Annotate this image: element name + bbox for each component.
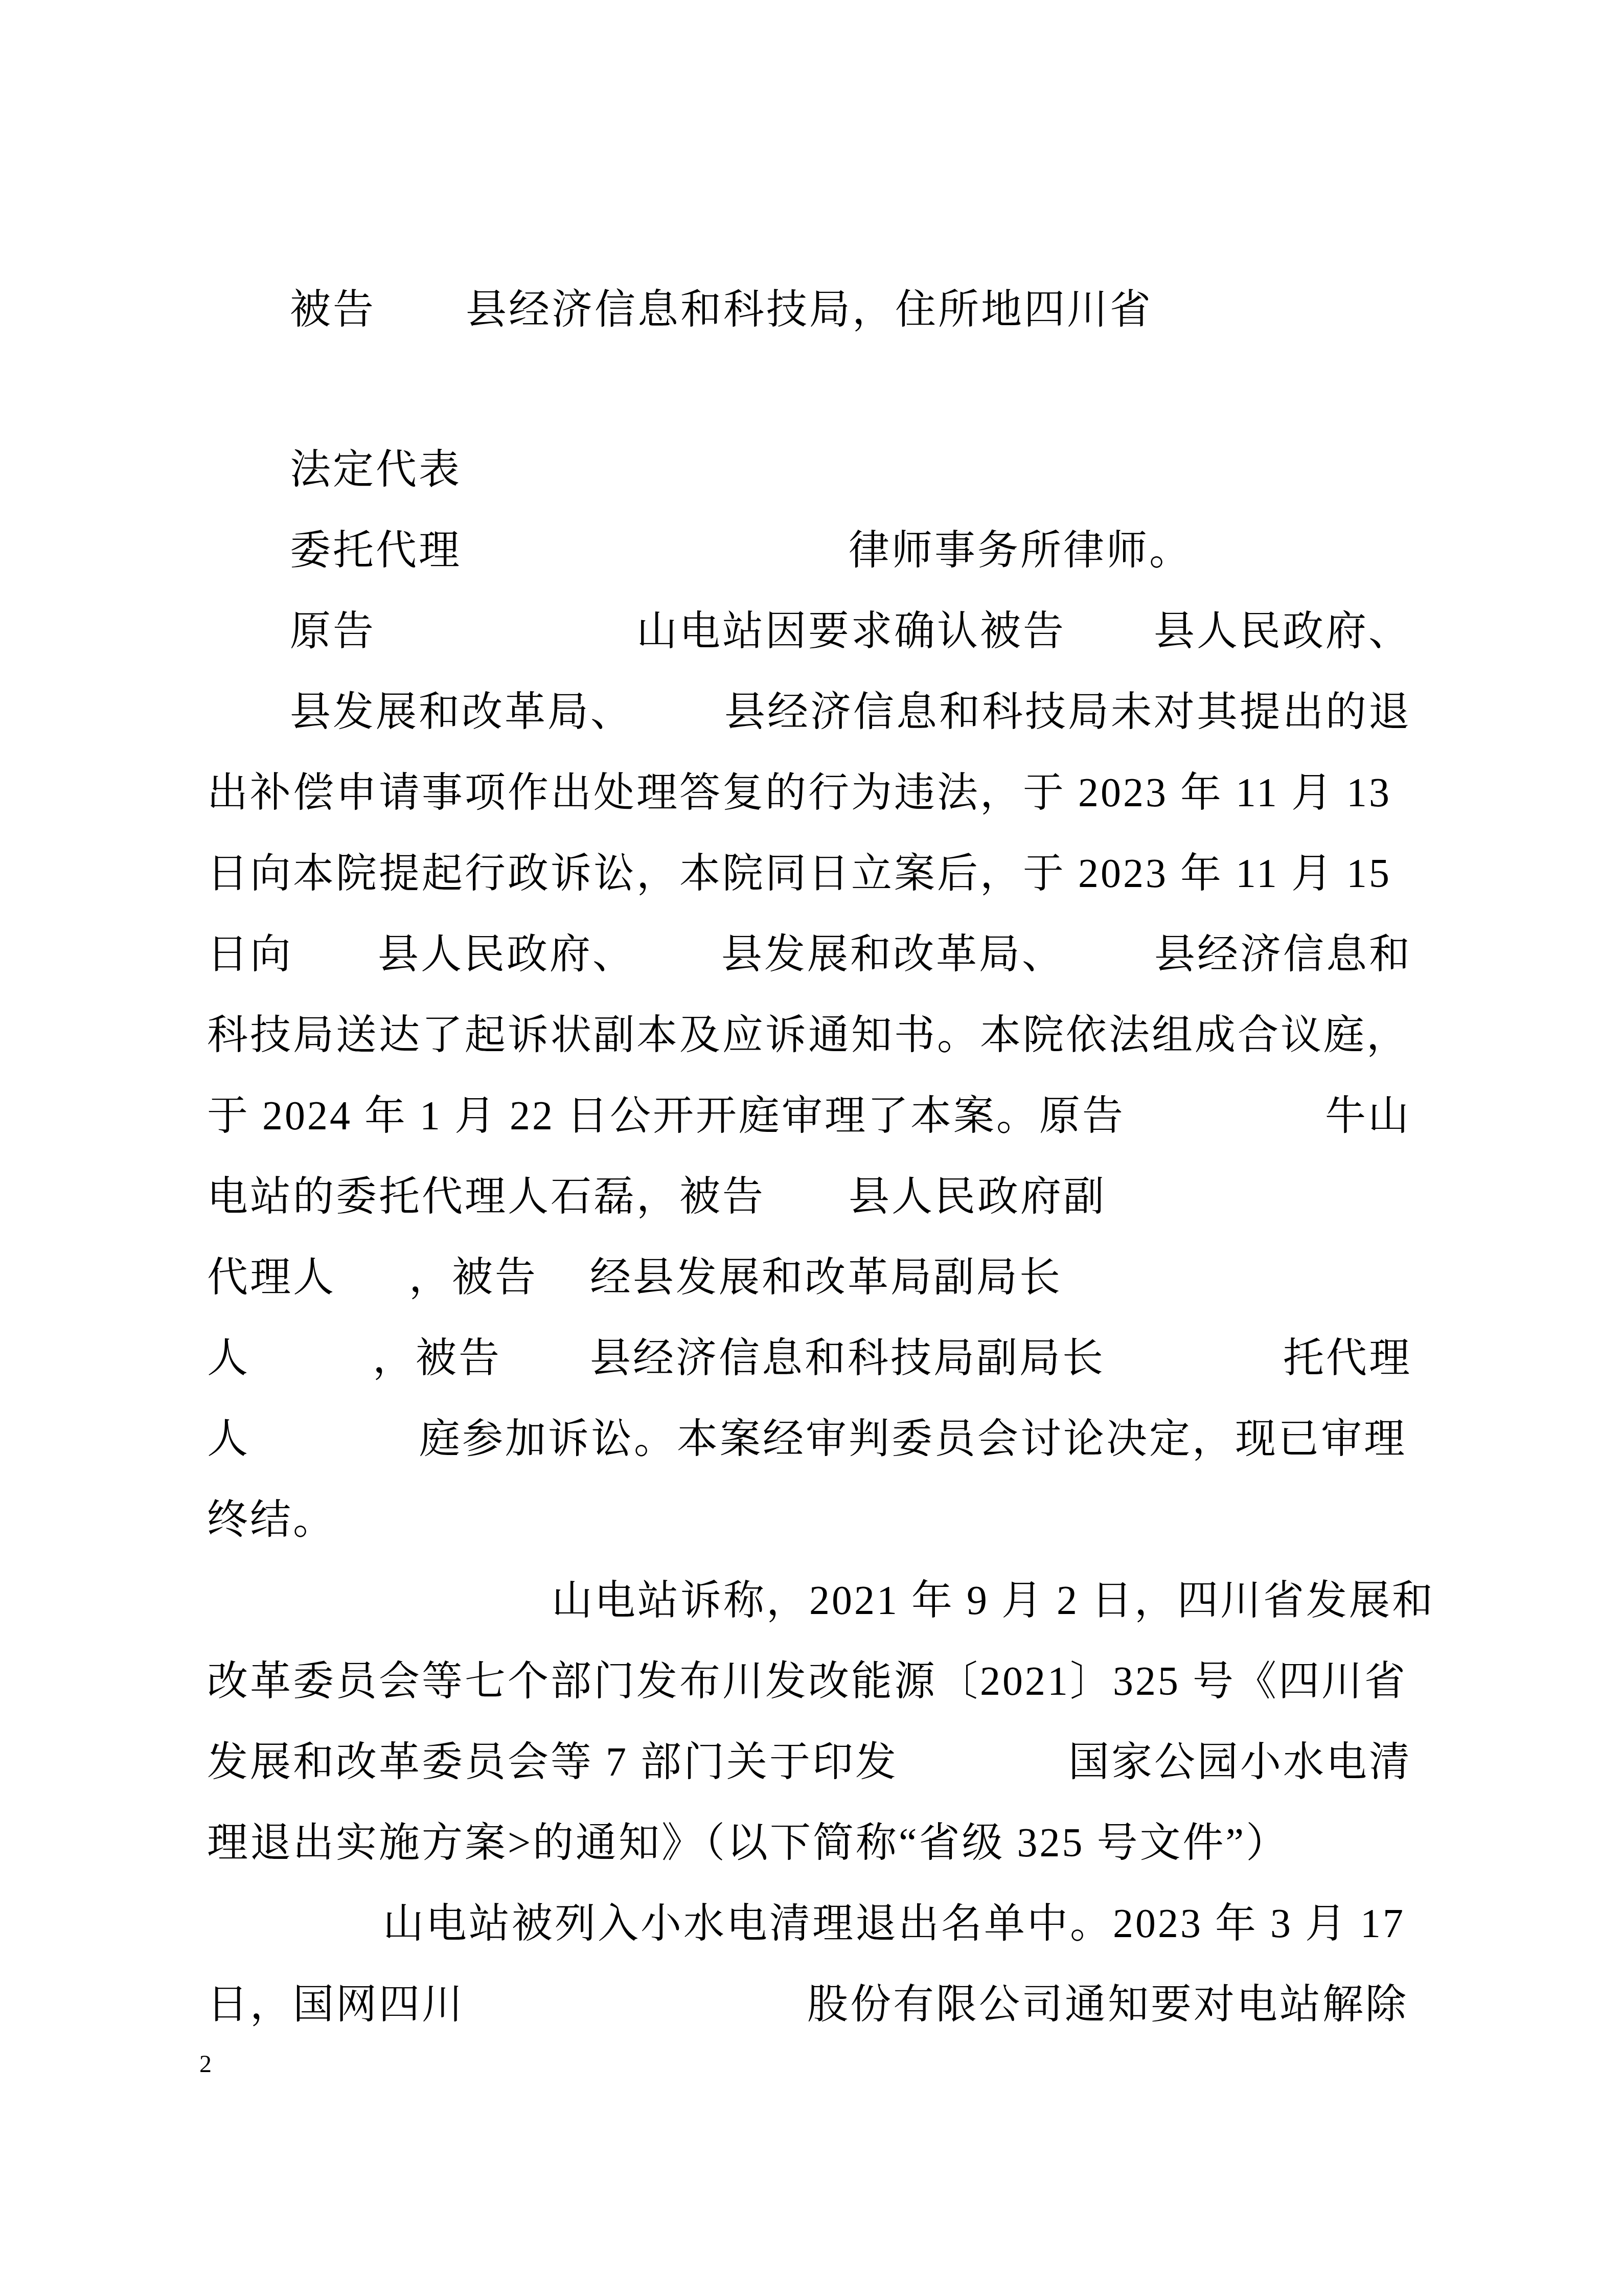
text-line: 日向县人民政府、县发展和改革局、县经济信息和 [0,931,1623,982]
text-segment: 日，国网四川 [207,1981,465,2028]
text-segment: 原告 [290,608,376,655]
text-line: 电站的委托代理人石磊，被告县人民政府副 [0,1173,1623,1224]
text-segment: 被告 [290,286,376,333]
text-segment: 经县发展和改革局副局长 [590,1254,1062,1301]
text-segment: 出补偿申请事项作出处理答复的行为违法，于 2023 年 11 月 13 [207,769,1391,816]
page-number: 2 [199,2050,212,2079]
text-segment: 山电站因要求确认被告 [636,608,1066,655]
text-segment: 日向本院提起行政诉讼，本院同日立案后，于 2023 年 11 月 15 [207,850,1391,897]
text-segment: 科技局送达了起诉状副本及应诉通知书。本院依法组成合议庭， [207,1012,1409,1059]
text-segment: 县经济信息和科技局未对其提出的退 [724,689,1411,736]
text-line: 山电站诉称，2021 年 9 月 2 日，四川省发展和 [0,1577,1623,1628]
text-segment: 县经济信息和科技局，住所地四川省 [466,286,1153,333]
text-segment: ，被告 [409,1254,538,1301]
text-segment: 山电站诉称，2021 年 9 月 2 日，四川省发展和 [552,1577,1435,1624]
text-segment: 牛山 [1325,1093,1411,1140]
text-segment: 托代理 [1283,1335,1412,1382]
text-line: 山电站被列入小水电清理退出名单中。2023 年 3 月 17 [0,1900,1623,1951]
text-segment: 县发展和改革局、 [721,931,1065,978]
text-line: 日向本院提起行政诉讼，本院同日立案后，于 2023 年 11 月 15 [0,850,1623,901]
text-segment: 日向 [207,931,293,978]
text-line: 发展和改革委员会等 7 部门关于印发国家公园小水电清 [0,1739,1623,1790]
text-line: 理退出实施方案>的通知》（以下简称“省级 325 号文件”） [0,1820,1623,1871]
text-segment: 股份有限公司通知要对电站解除 [807,1981,1408,2028]
document-page: 被告县经济信息和科技局，住所地四川省法定代表委托代理律师事务所律师。原告山电站因… [0,0,1623,2296]
text-segment: 县经济信息和 [1154,931,1412,978]
text-segment: 县人民政府副 [849,1173,1106,1220]
text-line: 人，被告县经济信息和科技局副局长托代理 [0,1335,1623,1386]
text-segment: 改革委员会等七个部门发布川发改能源〔2021〕325 号《四川省 [207,1658,1407,1705]
text-segment: 庭参加诉讼。本案经审判委员会讨论决定，现已审理 [419,1416,1407,1463]
text-segment: 县经济信息和科技局副局长 [590,1335,1105,1382]
text-line: 代理人，被告经县发展和改革局副局长 [0,1254,1623,1305]
text-line: 科技局送达了起诉状副本及应诉通知书。本院依法组成合议庭， [0,1012,1623,1063]
text-line: 于 2024 年 1 月 22 日公开开庭审理了本案。原告牛山 [0,1093,1623,1144]
text-segment: 电站的委托代理人石磊，被告 [207,1173,765,1220]
text-line: 日，国网四川股份有限公司通知要对电站解除 [0,1981,1623,2032]
text-line: 改革委员会等七个部门发布川发改能源〔2021〕325 号《四川省 [0,1658,1623,1709]
text-segment: 律师事务所律师。 [849,527,1192,574]
text-segment: 县人民政府、 [378,931,635,978]
text-line: 县发展和改革局、县经济信息和科技局未对其提出的退 [0,689,1623,740]
text-line: 被告县经济信息和科技局，住所地四川省 [0,286,1623,337]
text-segment: 国家公园小水电清 [1068,1739,1412,1786]
text-line: 委托代理律师事务所律师。 [0,527,1623,578]
text-line: 法定代表 [0,446,1623,497]
text-segment: 理退出实施方案>的通知》（以下简称“省级 325 号文件”） [207,1820,1289,1867]
text-line: 出补偿申请事项作出处理答复的行为违法，于 2023 年 11 月 13 [0,769,1623,821]
text-line: 原告山电站因要求确认被告县人民政府、 [0,608,1623,659]
text-segment: 发展和改革委员会等 7 部门关于印发 [207,1739,898,1786]
text-segment: 委托代理 [290,527,462,574]
text-segment: 法定代表 [290,446,462,493]
text-segment: 山电站被列入小水电清理退出名单中。2023 年 3 月 17 [383,1900,1405,1947]
text-line: 人庭参加诉讼。本案经审判委员会讨论决定，现已审理 [0,1416,1623,1467]
text-segment: ，被告 [373,1335,501,1382]
text-segment: 代理人 [207,1254,336,1301]
text-segment: 人 [207,1335,250,1382]
text-segment: 于 2024 年 1 月 22 日公开开庭审理了本案。原告 [207,1093,1125,1140]
text-line: 终结。 [0,1496,1623,1548]
text-segment: 人 [207,1416,250,1463]
text-segment: 县人民政府、 [1154,608,1411,655]
text-segment: 终结。 [207,1496,336,1543]
text-segment: 县发展和改革局、 [290,689,633,736]
